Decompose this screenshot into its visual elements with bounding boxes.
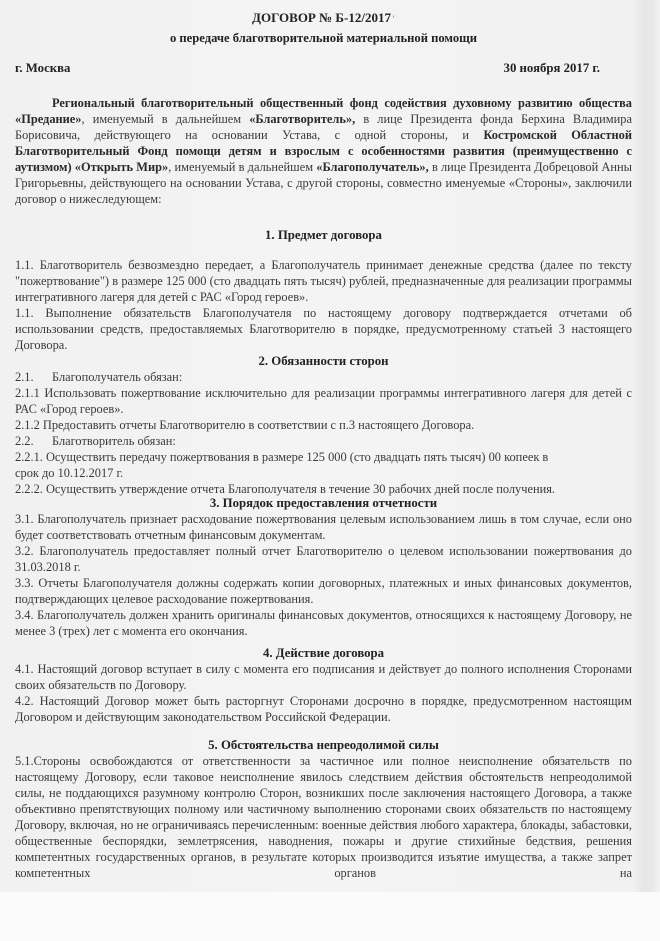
party2-alias: «Благополучатель», bbox=[316, 160, 428, 174]
clause-number: 2.2. bbox=[15, 433, 52, 449]
section-heading: 1. Предмет договора bbox=[15, 227, 632, 243]
clause: 3.2. Благополучатель предоставляет полны… bbox=[15, 543, 632, 575]
document-subtitle: о передаче благотворительной материально… bbox=[15, 30, 632, 46]
preamble-text: , именуемый в дальнейшем bbox=[168, 160, 316, 174]
preamble: Региональный благотворительный обществен… bbox=[15, 95, 632, 207]
clause: 1.1. Выполнение обязательств Благополуча… bbox=[15, 305, 632, 353]
section-4: 4. Действие договора 4.1. Настоящий дого… bbox=[15, 645, 632, 725]
contract-city: г. Москва bbox=[15, 60, 70, 76]
clause: 3.1. Благополучатель признает расходован… bbox=[15, 511, 632, 543]
document-title: ДОГОВОР № Б-12/2017ʼ bbox=[15, 10, 632, 27]
preamble-text: , именуемый в дальнейшем bbox=[82, 112, 250, 126]
clause: 3.3. Отчеты Благополучателя должны содер… bbox=[15, 575, 632, 607]
pen-mark: ʼ bbox=[392, 14, 395, 24]
section-3: 3. Порядок предоставления отчетности 3.1… bbox=[15, 495, 632, 639]
section-5: 5. Обстоятельства непреодолимой силы 5.1… bbox=[15, 737, 632, 881]
clause: 1.1. Благотворитель безвозмездно передае… bbox=[15, 257, 632, 305]
section-heading: 4. Действие договора bbox=[15, 645, 632, 661]
clause: 4.2. Настоящий Договор может быть растор… bbox=[15, 693, 632, 725]
title-text: ДОГОВОР № Б-12/2017 bbox=[252, 10, 391, 25]
preamble-paragraph: Региональный благотворительный обществен… bbox=[15, 95, 632, 207]
clause-number: 2.1. bbox=[15, 369, 52, 385]
clause-text: Благополучатель обязан: bbox=[52, 370, 182, 384]
section-1: 1. Предмет договора bbox=[15, 227, 632, 243]
clause: 2.1.Благополучатель обязан: bbox=[15, 369, 632, 385]
party1-alias: «Благотворитель», bbox=[249, 112, 355, 126]
clause-text: Благотворитель обязан: bbox=[52, 434, 176, 448]
contract-date: 30 ноября 2017 г. bbox=[504, 60, 600, 76]
clause: 3.4. Благополучатель должен хранить ориг… bbox=[15, 607, 632, 639]
clause: 2.2.Благотворитель обязан: bbox=[15, 433, 632, 449]
clause: 4.1. Настоящий договор вступает в силу с… bbox=[15, 661, 632, 693]
clause: 2.1.2 Предоставить отчеты Благотворителю… bbox=[15, 417, 632, 433]
section-2: 2. Обязанности сторон 2.1.Благополучател… bbox=[15, 353, 632, 497]
clause: 5.1.Стороны освобождаются от ответственн… bbox=[15, 753, 632, 881]
clause: 2.1.1 Использовать пожертвование исключи… bbox=[15, 385, 632, 417]
section-heading: 5. Обстоятельства непреодолимой силы bbox=[15, 737, 632, 753]
section-1-body: 1.1. Благотворитель безвозмездно передае… bbox=[15, 257, 632, 353]
clause: срок до 10.12.2017 г. bbox=[15, 465, 632, 481]
clause: 2.2.1. Осуществить передачу пожертвовани… bbox=[15, 449, 632, 465]
section-heading: 3. Порядок предоставления отчетности bbox=[15, 495, 632, 511]
section-heading: 2. Обязанности сторон bbox=[15, 353, 632, 369]
